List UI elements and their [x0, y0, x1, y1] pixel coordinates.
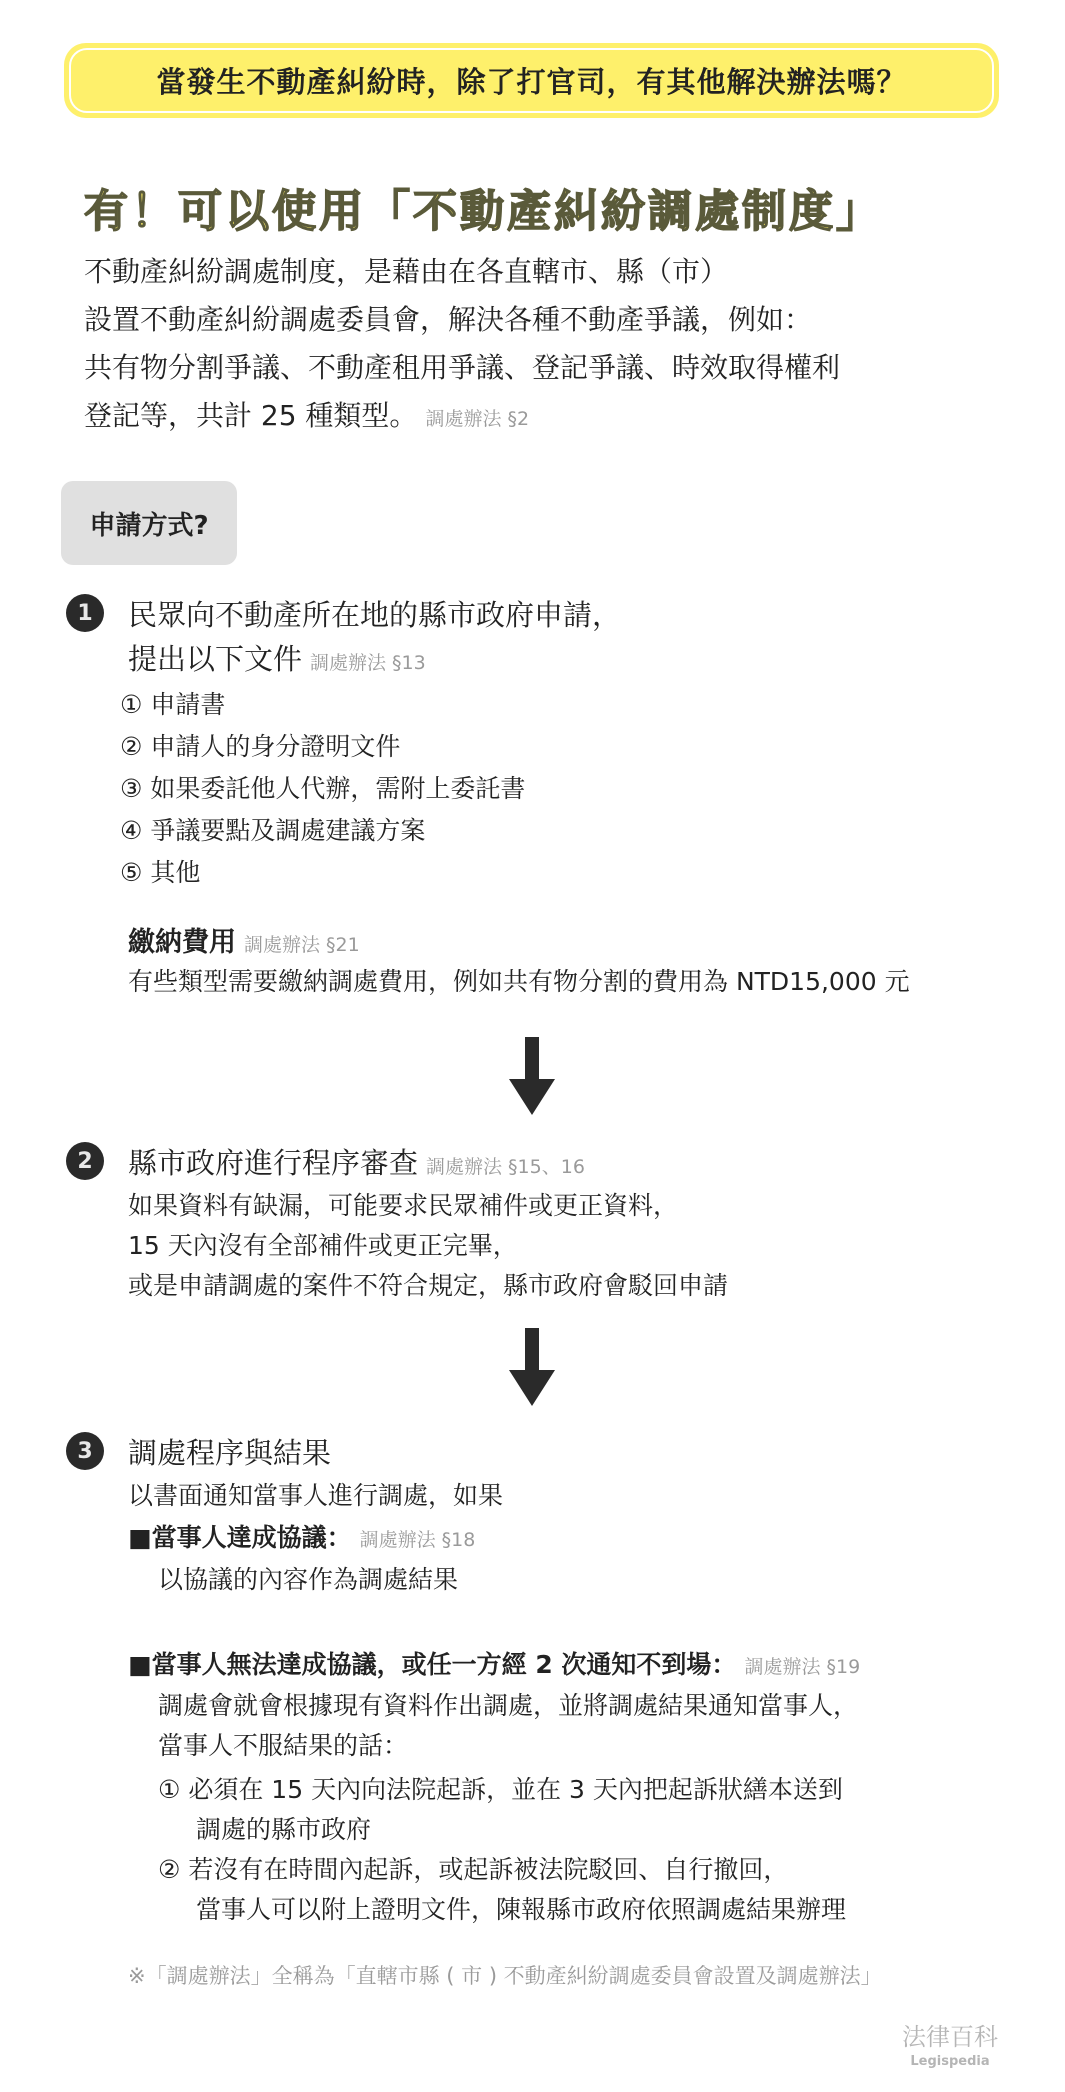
intro-line: 共有物分割爭議、不動產租用爭議、登記爭議、時效取得權利 [84, 344, 1014, 392]
document-item: ④ 爭議要點及調處建議方案 [120, 810, 525, 852]
fee-heading-text: 繳納費用 [128, 927, 236, 958]
fee-text: 有些類型需要繳納調處費用，例如共有物分割的費用為 NTD15,000 元 [128, 962, 910, 1002]
step-3-badge: 3 [66, 1432, 104, 1470]
outcome-heading-text: ■當事人無法達成協議，或任一方經 2 次通知不到場： [128, 1650, 736, 1679]
title-banner: 當發生不動產糾紛時，除了打官司，有其他解決辦法嗎？ [64, 43, 999, 118]
option-line-cont: 調處的縣市政府 [158, 1810, 846, 1850]
brand-name-zh: 法律百科 [890, 2017, 1010, 2052]
step-2-title: 縣市政府進行程序審查調處辦法 §15、16 [128, 1141, 585, 1182]
option-line: ① 必須在 15 天內向法院起訴，並在 3 天內把起訴狀繕本送到 [158, 1770, 846, 1810]
step-2-badge: 2 [66, 1142, 104, 1180]
step-1-badge: 1 [66, 594, 104, 632]
intro-line: 不動產糾紛調處制度，是藉由在各直轄市、縣（市） [84, 248, 1014, 296]
footnote: ※「調處辦法」全稱為「直轄市縣 ( 市 ) 不動產糾紛調處委員會設置及調處辦法」 [128, 1960, 882, 1990]
step-1-title-text: 提出以下文件 [128, 642, 302, 676]
document-list: ① 申請書 ② 申請人的身分證明文件 ③ 如果委託他人代辦，需附上委託書 ④ 爭… [120, 684, 525, 894]
outcome-no-agreement-body: 調處會就會根據現有資料作出調處，並將調處結果通知當事人， 當事人不服結果的話： [158, 1686, 858, 1766]
document-item: ③ 如果委託他人代辦，需附上委託書 [120, 768, 525, 810]
intro-line: 設置不動產糾紛調處委員會，解決各種不動產爭議，例如： [84, 296, 1014, 344]
brand-name-en: Legispedia [890, 2054, 1010, 2069]
document-item: ⑤ 其他 [120, 852, 525, 894]
brand-logo: 法律百科 Legispedia [890, 2017, 1010, 2069]
step-1-title: 民眾向不動產所在地的縣市政府申請， [128, 593, 621, 634]
outcome-heading-text: ■當事人達成協議： [128, 1523, 352, 1552]
step-2-title-text: 縣市政府進行程序審查 [128, 1146, 418, 1180]
step-3-title: 調處程序與結果 [128, 1431, 331, 1472]
arrow-down-icon [509, 1037, 555, 1115]
step-3-intro: 以書面通知當事人進行調處，如果 [128, 1476, 503, 1516]
outcome-agreement-heading: ■當事人達成協議：調處辦法 §18 [128, 1518, 475, 1560]
law-reference: 調處辦法 §2 [425, 408, 529, 430]
outcome-agreement-text: 以協議的內容作為調處結果 [158, 1560, 458, 1600]
intro-paragraph: 不動產糾紛調處制度，是藉由在各直轄市、縣（市） 設置不動產糾紛調處委員會，解決各… [84, 248, 1014, 443]
document-item: ① 申請書 [120, 684, 525, 726]
outcome-no-agreement-heading: ■當事人無法達成協議，或任一方經 2 次通知不到場：調處辦法 §19 [128, 1645, 860, 1687]
step-1-title-cont: 提出以下文件調處辦法 §13 [128, 637, 426, 678]
step-2-body: 如果資料有缺漏，可能要求民眾補件或更正資料， 15 天內沒有全部補件或更正完畢，… [128, 1186, 728, 1306]
option-line: ② 若沒有在時間內起訴，或起訴被法院駁回、自行撤回， [158, 1850, 846, 1890]
step-2-line: 如果資料有缺漏，可能要求民眾補件或更正資料， [128, 1186, 728, 1226]
law-reference: 調處辦法 §13 [310, 652, 426, 674]
law-reference: 調處辦法 §19 [744, 1656, 860, 1678]
arrow-down-icon [509, 1328, 555, 1406]
document-item: ② 申請人的身分證明文件 [120, 726, 525, 768]
headline: 有！可以使用「不動產糾紛調處制度」 [84, 175, 883, 239]
banner-question: 當發生不動產糾紛時，除了打官司，有其他解決辦法嗎？ [69, 48, 994, 113]
law-reference: 調處辦法 §21 [244, 934, 360, 956]
fee-heading: 繳納費用調處辦法 §21 [128, 920, 360, 959]
law-reference: 調處辦法 §18 [360, 1529, 476, 1551]
outcome-line: 調處會就會根據現有資料作出調處，並將調處結果通知當事人， [158, 1686, 858, 1726]
intro-line-text: 登記等，共計 25 種類型。 [84, 399, 417, 432]
law-reference: 調處辦法 §15、16 [426, 1156, 585, 1178]
outcome-line: 當事人不服結果的話： [158, 1726, 858, 1766]
section-label-application: 申請方式? [61, 481, 237, 565]
step-2-line: 15 天內沒有全部補件或更正完畢， [128, 1226, 728, 1266]
step-2-line: 或是申請調處的案件不符合規定，縣市政府會駁回申請 [128, 1266, 728, 1306]
option-line-cont: 當事人可以附上證明文件，陳報縣市政府依照調處結果辦理 [158, 1890, 846, 1930]
outcome-options: ① 必須在 15 天內向法院起訴，並在 3 天內把起訴狀繕本送到 調處的縣市政府… [158, 1770, 846, 1930]
intro-line: 登記等，共計 25 種類型。調處辦法 §2 [84, 392, 1014, 443]
